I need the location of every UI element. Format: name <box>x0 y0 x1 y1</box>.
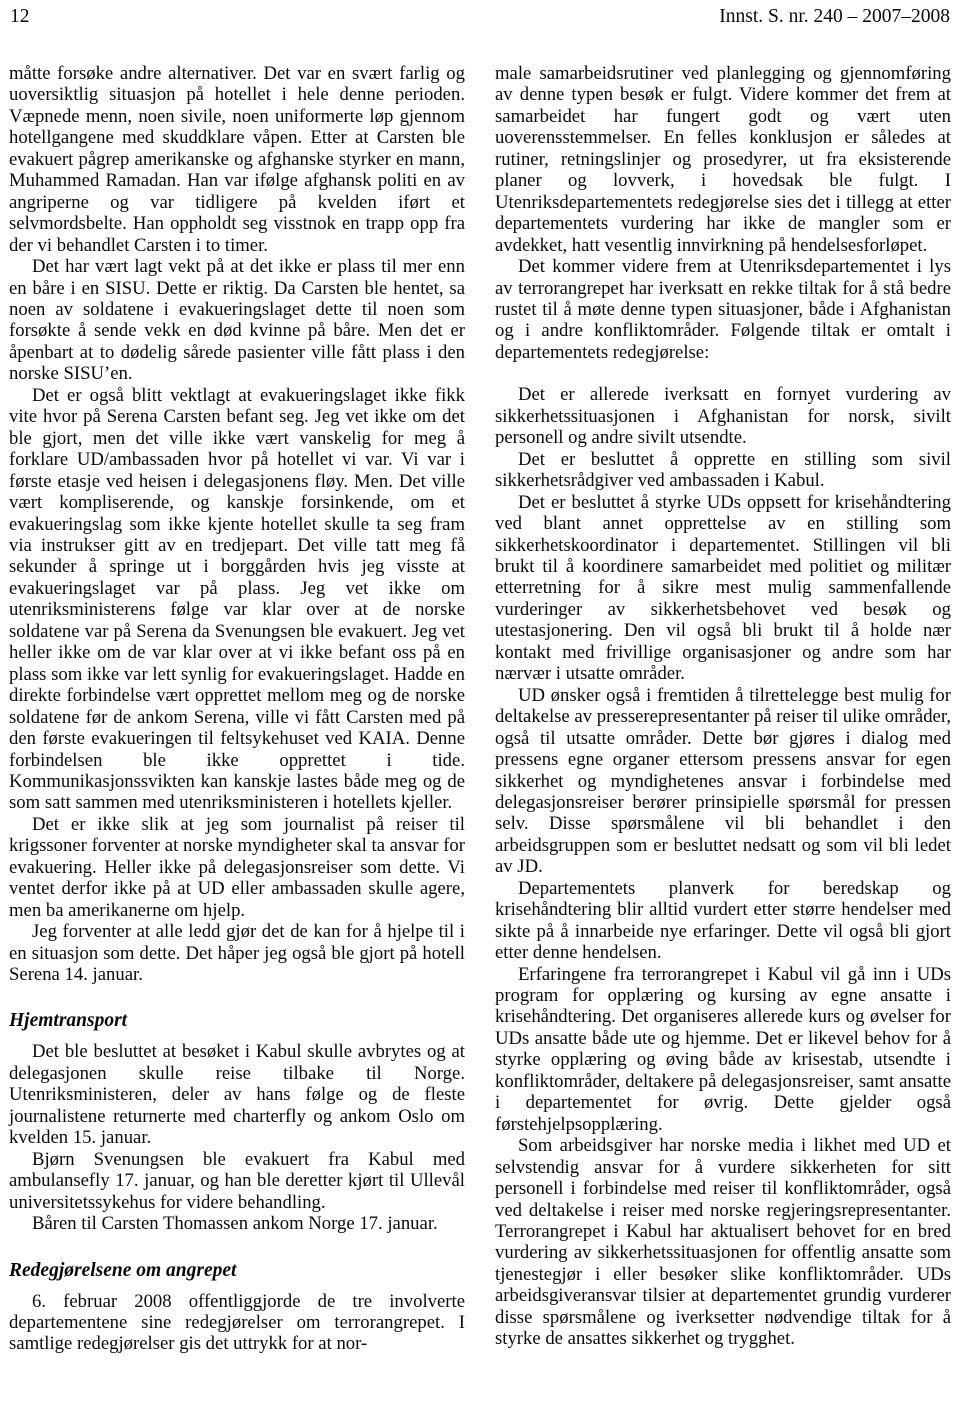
paragraph: Det er allerede iverksatt en fornyet vur… <box>495 384 951 448</box>
paragraph: Det er også blitt vektlagt at evakuering… <box>9 385 465 814</box>
paragraph: UD ønsker også i fremtiden å tilretteleg… <box>495 685 951 878</box>
section-heading-hjemtransport: Hjemtransport <box>9 1010 465 1032</box>
page-header: 12 Innst. S. nr. 240 – 2007–2008 <box>10 5 950 29</box>
paragraph: Det er besluttet å styrke UDs oppsett fo… <box>495 492 951 685</box>
left-column: måtte forsøke andre alternativer. Det va… <box>9 63 465 1355</box>
paragraph: Det kommer videre frem at Utenriksdepart… <box>495 256 951 363</box>
document-title: Innst. S. nr. 240 – 2007–2008 <box>719 5 950 29</box>
paragraph: Det ble besluttet at besøket i Kabul sku… <box>9 1041 465 1148</box>
paragraph: Departementets planverk for beredskap og… <box>495 878 951 964</box>
paragraph: Det er besluttet å opprette en stilling … <box>495 449 951 492</box>
paragraph: Erfaringene fra terrorangrepet i Kabul v… <box>495 964 951 1136</box>
paragraph: måtte forsøke andre alternativer. Det va… <box>9 63 465 256</box>
paragraph: Det er ikke slik at jeg som journalist p… <box>9 814 465 921</box>
document-page: 12 Innst. S. nr. 240 – 2007–2008 måtte f… <box>0 0 960 1427</box>
paragraph: Båren til Carsten Thomassen ankom Norge … <box>9 1213 465 1234</box>
text-columns: måtte forsøke andre alternativer. Det va… <box>9 63 951 1355</box>
page-number: 12 <box>10 5 30 29</box>
paragraph: Jeg forventer at alle ledd gjør det de k… <box>9 921 465 985</box>
paragraph: Det har vært lagt vekt på at det ikke er… <box>9 256 465 385</box>
section-heading-redegjorelsene: Redegjørelsene om angrepet <box>9 1260 465 1282</box>
paragraph: Som arbeidsgiver har norske media i likh… <box>495 1135 951 1350</box>
paragraph: 6. februar 2008 offentliggjorde de tre i… <box>9 1291 465 1355</box>
right-column: male samarbeidsrutiner ved planlegging o… <box>495 63 951 1355</box>
paragraph: male samarbeidsrutiner ved planlegging o… <box>495 63 951 256</box>
paragraph: Bjørn Svenungsen ble evakuert fra Kabul … <box>9 1149 465 1213</box>
